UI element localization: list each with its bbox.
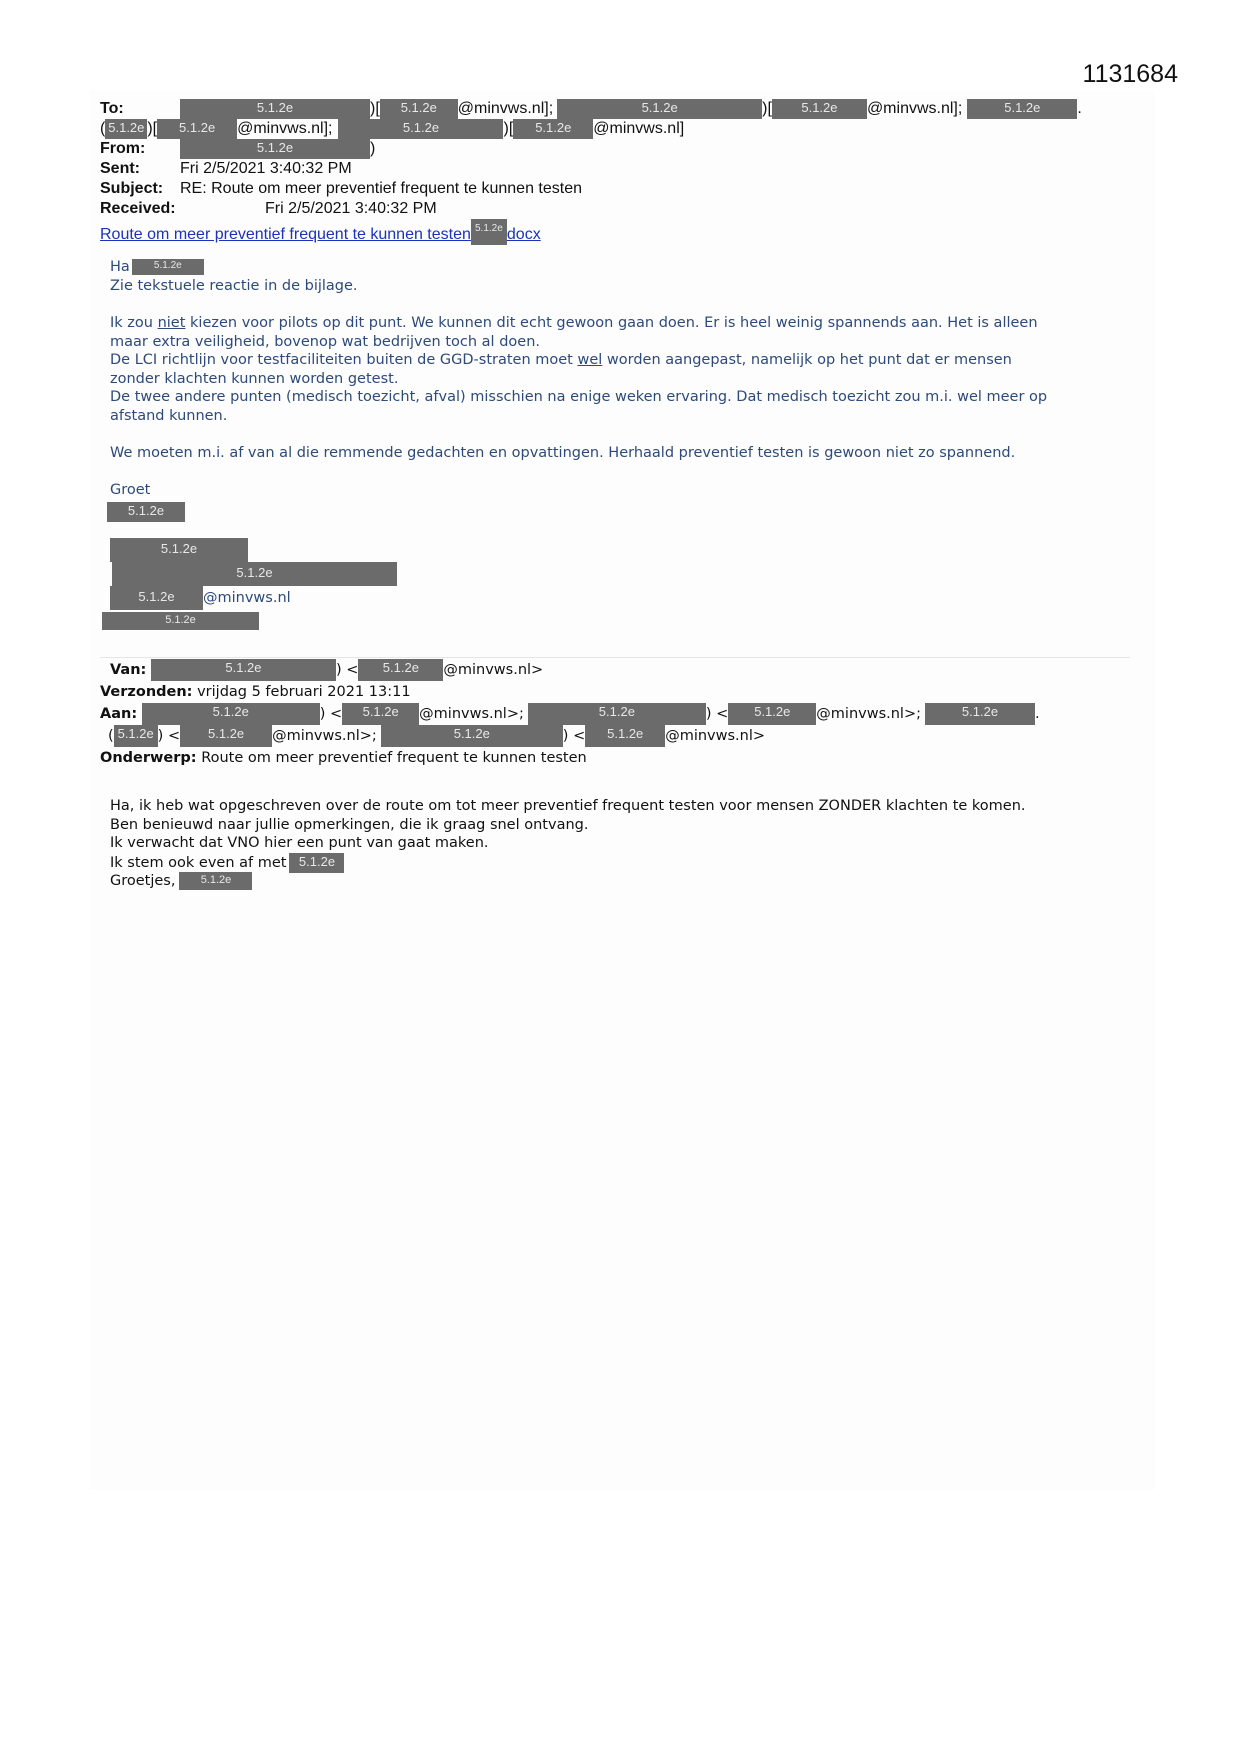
redaction: 5.1.2e — [381, 725, 563, 747]
subject-value: RE: Route om meer preventief frequent te… — [180, 180, 582, 197]
forwarded-body-line: Groetjes,5.1.2e — [110, 872, 252, 891]
reply-line: maar extra veiligheid, bovenop wat bedri… — [110, 333, 540, 352]
redaction: 5.1.2e — [180, 99, 370, 119]
redaction: 5.1.2e — [557, 99, 762, 119]
redaction: 5.1.2e — [728, 703, 816, 725]
sent-label: Sent: — [100, 159, 180, 179]
forwarded-body-line: Ben benieuwd naar jullie opmerkingen, di… — [110, 816, 588, 835]
forwarded-body-line: Ik verwacht dat VNO hier een punt van ga… — [110, 834, 489, 853]
signature-redaction: 5.1.2e — [102, 612, 259, 630]
redaction: 5.1.2e — [157, 119, 237, 139]
redaction: 5.1.2e — [142, 703, 320, 725]
subject-label: Subject: — [100, 179, 180, 199]
redaction: 5.1.2e — [967, 99, 1077, 119]
reply-line: We moeten m.i. af van al die remmende ge… — [110, 444, 1015, 463]
aan-line-1: Aan: 5.1.2e) <5.1.2e@minvws.nl>;5.1.2e) … — [100, 703, 1040, 725]
redaction: 5.1.2e — [338, 119, 503, 139]
document-number: 1131684 — [1083, 60, 1178, 89]
to-line-2: (5.1.2e)[5.1.2e@minvws.nl];5.1.2e)[5.1.2… — [100, 119, 684, 139]
page-background — [90, 90, 1155, 1490]
signature-redaction: 5.1.2e — [112, 562, 397, 586]
sent-value: Fri 2/5/2021 3:40:32 PM — [180, 160, 352, 177]
redaction: 5.1.2e — [528, 703, 706, 725]
email-domain: @minvws.nl]; — [237, 120, 332, 137]
redaction: 5.1.2e — [380, 99, 458, 119]
from-line: From:5.1.2e) — [100, 139, 375, 159]
reply-line: afstand kunnen. — [110, 407, 227, 426]
email-domain: @minvws.nl]; — [458, 100, 553, 117]
received-line: Received:Fri 2/5/2021 3:40:32 PM — [100, 199, 437, 219]
separator-line — [100, 657, 1130, 658]
reply-line: De LCI richtlijn voor testfaciliteiten b… — [110, 351, 1012, 370]
received-label: Received: — [100, 199, 265, 219]
redaction: 5.1.2e — [513, 119, 593, 139]
reply-line: Zie tekstuele reactie in de bijlage. — [110, 277, 358, 296]
redaction: 5.1.2e — [471, 219, 507, 245]
reply-closing: Groet — [110, 481, 150, 500]
to-line-1: To:5.1.2e)[5.1.2e@minvws.nl];5.1.2e)[5.1… — [100, 99, 1082, 119]
email-domain: @minvws.nl]; — [867, 100, 962, 117]
from-label: From: — [100, 139, 180, 159]
reply-line: Ik zou niet kiezen voor pilots op dit pu… — [110, 314, 1038, 333]
onderwerp-line: Onderwerp: Route om meer preventief freq… — [100, 747, 587, 769]
redaction: 5.1.2e — [180, 725, 272, 747]
to-label: To: — [100, 99, 180, 119]
redaction: 5.1.2e — [585, 725, 665, 747]
redaction: 5.1.2e — [179, 872, 252, 890]
forwarded-body-line: Ik stem ook even af met5.1.2e — [110, 853, 344, 873]
reply-line: zonder klachten kunnen worden getest. — [110, 370, 398, 389]
received-value: Fri 2/5/2021 3:40:32 PM — [265, 200, 437, 217]
signature-email: 5.1.2e@minvws.nl — [110, 586, 291, 610]
attachment-line: Route om meer preventief frequent te kun… — [100, 219, 541, 245]
redaction: 5.1.2e — [925, 703, 1035, 725]
attachment-link[interactable]: Route om meer preventief frequent te kun… — [100, 226, 471, 243]
redaction: 5.1.2e — [342, 703, 419, 725]
forwarded-body-line: Ha, ik heb wat opgeschreven over de rout… — [110, 797, 1026, 816]
redaction: 5.1.2e — [180, 139, 370, 159]
redaction: 5.1.2e — [114, 725, 158, 747]
redaction: 5.1.2e — [105, 119, 147, 139]
aan-line-2: (5.1.2e) <5.1.2e@minvws.nl>;5.1.2e) <5.1… — [108, 725, 765, 747]
attachment-extension[interactable]: docx — [507, 226, 541, 243]
signature-name-redaction: 5.1.2e — [107, 502, 185, 522]
verzonden-line: Verzonden: vrijdag 5 februari 2021 13:11 — [100, 681, 411, 703]
redaction: 5.1.2e — [151, 659, 336, 681]
sent-line: Sent:Fri 2/5/2021 3:40:32 PM — [100, 159, 352, 179]
van-line: Van: 5.1.2e) <5.1.2e@minvws.nl> — [110, 659, 543, 681]
redaction: 5.1.2e — [772, 99, 867, 119]
redaction: 5.1.2e — [110, 586, 203, 610]
email-domain: @minvws.nl] — [593, 120, 684, 137]
reply-greeting: Ha5.1.2e — [110, 258, 204, 277]
redaction: 5.1.2e — [132, 259, 204, 275]
subject-line: Subject:RE: Route om meer preventief fre… — [100, 179, 582, 199]
signature-redaction: 5.1.2e — [110, 538, 248, 562]
reply-line: De twee andere punten (medisch toezicht,… — [110, 388, 1047, 407]
redaction: 5.1.2e — [358, 659, 443, 681]
redaction: 5.1.2e — [289, 853, 344, 873]
